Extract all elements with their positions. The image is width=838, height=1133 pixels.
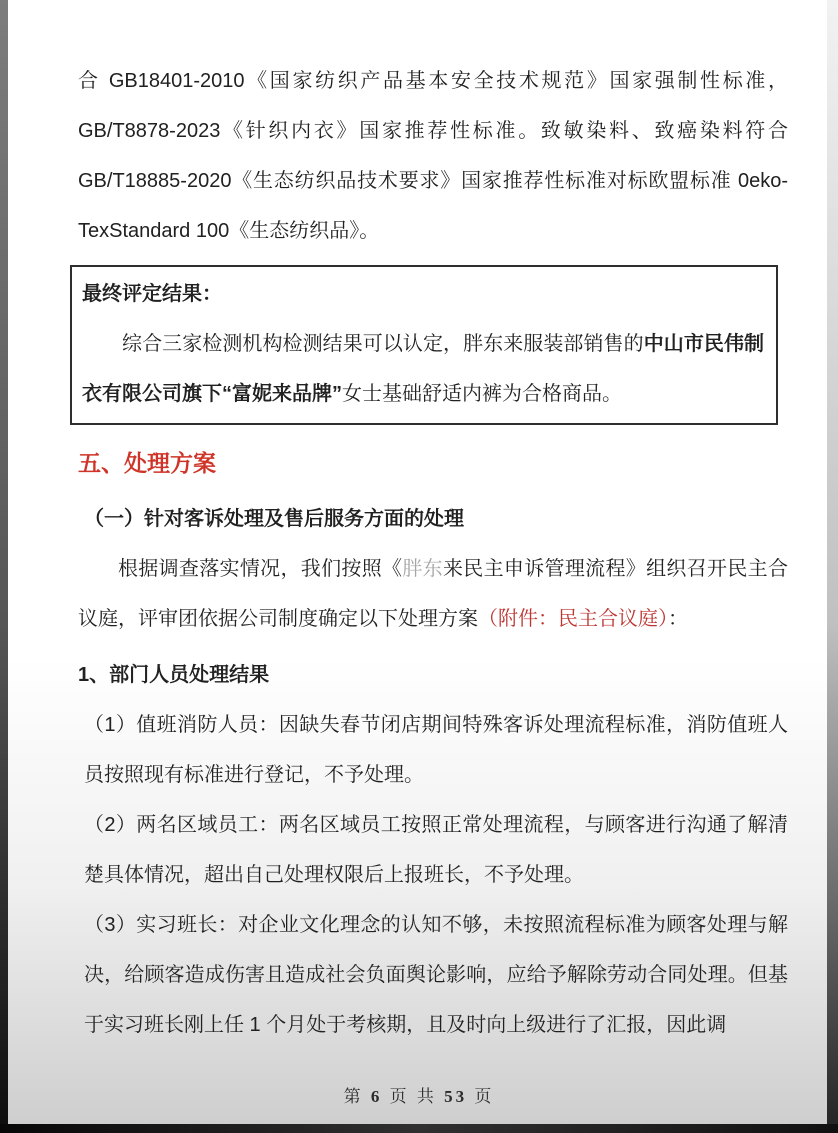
text-run: （2）两名区域员工：两名区域员工按照正常处理流程，与顾客进行沟通了解清楚具体情况… bbox=[84, 814, 788, 886]
item-2-paragraph: （2）两名区域员工：两名区域员工按照正常处理流程，与顾客进行沟通了解清楚具体情况… bbox=[78, 800, 788, 900]
page-edge-bottom bbox=[0, 1124, 838, 1133]
page-edge-left bbox=[0, 0, 8, 1133]
footer-segment: 第 bbox=[344, 1087, 371, 1106]
procedure-paragraph: 根据调查落实情况，我们按照《胖东来民主申诉管理流程》组织召开民主合议庭，评审团依… bbox=[78, 544, 788, 644]
document-content: 合 GB18401-2010《国家纺织产品基本安全技术规范》国家强制性标准，GB… bbox=[0, 0, 838, 1050]
text-run: （3）实习班长：对企业文化理念的认知不够，未按照流程标准为顾客处理与解决，给顾客… bbox=[84, 914, 788, 1036]
list-heading-1: 1、部门人员处理结果 bbox=[78, 650, 788, 700]
text-run: （附件：民主合议庭） bbox=[478, 608, 668, 630]
item-3-paragraph: （3）实习班长：对企业文化理念的认知不够，未按照流程标准为顾客处理与解决，给顾客… bbox=[78, 900, 788, 1050]
footer-segment: 53 bbox=[444, 1087, 467, 1106]
text-run: 女士基础舒适内裤为合格商品。 bbox=[342, 383, 622, 405]
footer-segment: 页 共 bbox=[382, 1087, 444, 1106]
standards-paragraph: 合 GB18401-2010《国家纺织产品基本安全技术规范》国家强制性标准，GB… bbox=[78, 56, 788, 256]
document-page: 合 GB18401-2010《国家纺织产品基本安全技术规范》国家强制性标准，GB… bbox=[0, 0, 838, 1133]
item-1-paragraph: （1）值班消防人员：因缺失春节闭店期间特殊客诉处理流程标准，消防值班人员按照现有… bbox=[78, 700, 788, 800]
text-run: 胖东 bbox=[402, 558, 443, 580]
text-run: 1、部门人员处理结果 bbox=[78, 664, 269, 686]
text-run: 根据调查落实情况，我们按照《 bbox=[118, 558, 402, 580]
text-run: ： bbox=[668, 608, 688, 630]
text-run: （1）值班消防人员：因缺失春节闭店期间特殊客诉处理流程标准，消防值班人员按照现有… bbox=[84, 714, 788, 786]
footer-segment: 6 bbox=[371, 1087, 383, 1106]
page-edge-right bbox=[827, 0, 838, 1133]
section-heading-5: 五、处理方案 bbox=[78, 438, 788, 488]
text-run: （一）针对客诉处理及售后服务方面的处理 bbox=[84, 508, 464, 530]
footer-segment: 页 bbox=[467, 1087, 494, 1106]
text-run: 综合三家检测机构检测结果可以认定，胖东来服装部销售的 bbox=[122, 333, 644, 355]
box-title: 最终评定结果： bbox=[82, 269, 764, 319]
text-run: 合 GB18401-2010《国家纺织产品基本安全技术规范》国家强制性标准，GB… bbox=[78, 70, 788, 242]
subsection-heading-1: （一）针对客诉处理及售后服务方面的处理 bbox=[78, 494, 788, 544]
page-footer: 第 6 页 共 53 页 bbox=[0, 1087, 838, 1107]
final-verdict-box: 最终评定结果：综合三家检测机构检测结果可以认定，胖东来服装部销售的中山市民伟制衣… bbox=[70, 265, 778, 425]
paragraph: 综合三家检测机构检测结果可以认定，胖东来服装部销售的中山市民伟制衣有限公司旗下“… bbox=[82, 319, 764, 419]
text-run: 五、处理方案 bbox=[78, 450, 216, 476]
